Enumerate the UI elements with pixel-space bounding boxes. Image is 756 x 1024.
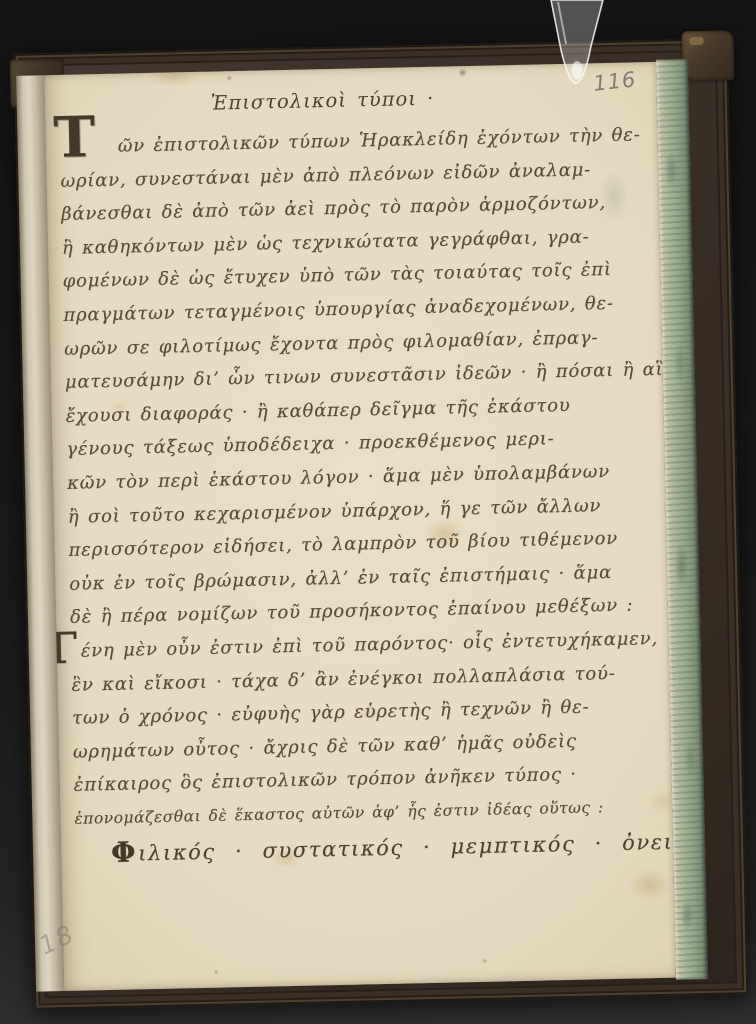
manuscript-line-text: φομένων δὲ ὡς ἔτυχεν ὑπὸ τῶν τὰς τοιαύτα… [62, 259, 612, 292]
manuscript-line-text: δὲ ἢ πέρα νομίζων τοῦ προσήκοντος ἐπαίνο… [70, 595, 634, 628]
stain [226, 75, 232, 81]
manuscript-line-text: ἔχουσι διαφοράς · ἢ καθάπερ δεῖγμα τῆς ἑ… [65, 395, 570, 427]
stain [628, 868, 673, 903]
manuscript-line-text: ἐπίκαιρος ὃς ἐπιστολικῶν τρόπον ἀνῆκεν τ… [73, 764, 577, 796]
manuscript-line-text: ιλικός · συστατικός · μεμπτικός · ὀνειδι… [138, 827, 676, 866]
drop-cap-initial: Τ [53, 109, 97, 166]
manuscript-line-text: ἐπονομάζεσθαι δὲ ἕκαστος αὐτῶν ἀφ’ ἧς ἐσ… [74, 798, 604, 828]
plastic-tab [546, 0, 608, 92]
manuscript-line-text: των ὁ χρόνος · εὐφυὴς γὰρ εὑρετὴς ἢ τεχν… [72, 697, 590, 729]
manuscript-line-text: γένους τάξεως ὑποδέδειχα · προεκθέμενος … [66, 429, 555, 461]
manuscript-line-text: ωρημάτων οὗτος · ἄχρις δὲ τῶν καθ’ ἡμᾶς … [73, 730, 577, 762]
stain [458, 68, 467, 77]
text-block: Τῶν ἐπιστολικῶν τύπων Ἡρακλείδη ἐχόντων … [59, 118, 667, 870]
manuscript-line-text: κῶν τὸν περὶ ἑκάστου λόγον · ἅμα μὲν ὑπο… [67, 461, 610, 494]
manuscript-line-text: ἓν καὶ εἴκοσι · τάχα δ’ ἂν ἐνέγκοι πολλα… [71, 662, 616, 695]
manuscript-line-text: περισσότερον εἰδήσει, τὸ λαμπρὸν τοῦ βίο… [68, 528, 618, 561]
page-heading: Ἐπιστολικοὶ τύποι · [211, 87, 435, 115]
manuscript-line-text: οὐκ ἐν τοῖς βρώμασιν, ἀλλ’ ἐν ταῖς ἐπιστ… [69, 562, 612, 595]
drop-cap-initial: Φ [111, 836, 138, 870]
binding-corner-top-right [681, 30, 734, 81]
plastic-tab-shape [546, 0, 608, 92]
manuscript-line-text: βάνεσθαι δὲ ἀπὸ τῶν ἀεὶ πρὸς τὸ παρὸν ἁρ… [61, 192, 606, 225]
manuscript-line-text: ἢ καθηκόντων μὲν ὡς τεχνικώτατα γεγράφθα… [62, 226, 590, 259]
manuscript-page: 116 Ἐπιστολικοὶ τύποι · Τῶν ἐπιστολικῶν … [44, 62, 676, 991]
manuscript-line-text: ἢ σοὶ τοῦτο κεχαρισμένον ὑπάρχον, ἥ γε τ… [68, 495, 602, 528]
manuscript-line-text: ῶν ἐπιστολικῶν τύπων Ἡρακλείδη ἐχόντων τ… [117, 124, 640, 156]
stain [214, 970, 219, 975]
bound-manuscript-book: 116 Ἐπιστολικοὶ τύποι · Τῶν ἐπιστολικῶν … [14, 38, 749, 1009]
stain [481, 958, 487, 964]
stain [148, 66, 200, 87]
manuscript-line-text: ωρίαν, συνεστάναι μὲν ἀπὸ πλεόνων εἰδῶν … [60, 159, 591, 192]
manuscript-line-text: πραγμάτων τεταγμένοις ὑπουργίας ἀναδεχομ… [63, 293, 614, 326]
photo-scene: 116 Ἐπιστολικοὶ τύποι · Τῶν ἐπιστολικῶν … [0, 0, 756, 1024]
manuscript-line-text: ωρῶν σε φιλοτίμως ἔχοντα πρὸς φιλομαθίαν… [64, 327, 599, 360]
